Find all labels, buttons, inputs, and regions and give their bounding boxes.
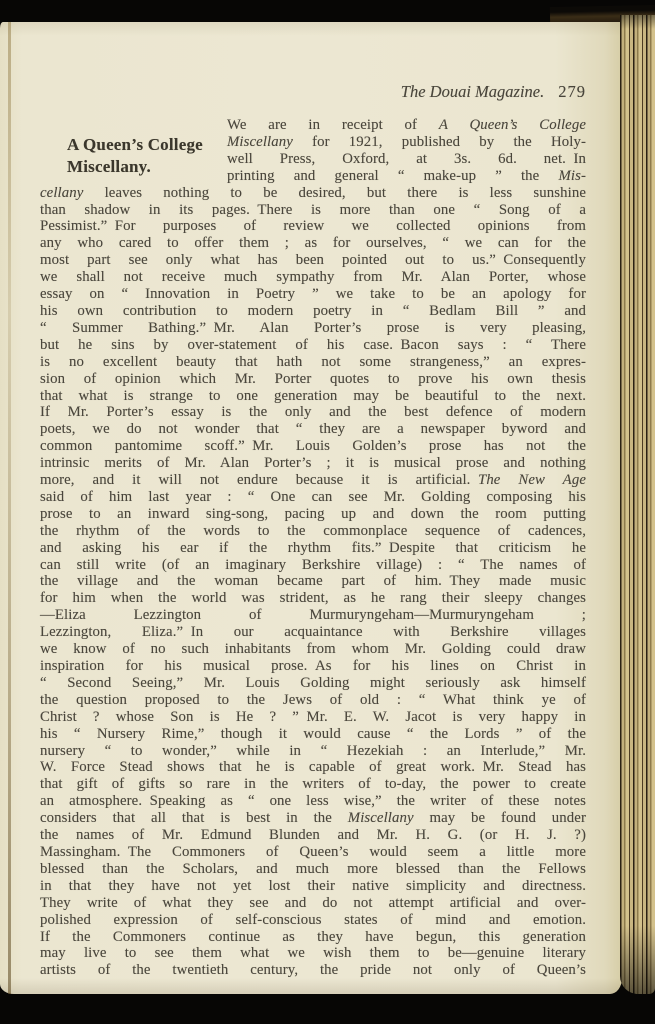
text-line: and asking his ear if the rhythm fits.” …: [40, 540, 586, 557]
text-segment: the names of Mr. Edmund Blunden and Mr. …: [40, 827, 586, 843]
text-segment: artists of the twentieth century, the pr…: [40, 962, 586, 978]
text-line: Massingham. The Commoners of Queen’s wou…: [40, 844, 586, 861]
text-line: his “ Nursery Rime,” though it would cau…: [40, 726, 586, 743]
text-segment: in that they have not yet lost their nat…: [40, 878, 586, 894]
text-line: his own contribution to modern poetry in…: [40, 303, 586, 320]
text-line: we shall not receive much sympathy from …: [40, 269, 586, 286]
text-segment: Christ ? whose Son is He ? ” Mr. E. W. J…: [40, 709, 586, 725]
text-segment: for 1921, published by the Holy-: [293, 134, 586, 150]
text-segment: nursery “ to wonder,” while in “ Hezekia…: [40, 743, 586, 759]
text-line: artists of the twentieth century, the pr…: [40, 962, 586, 979]
text-segment: printing and general “ make-up ” the: [227, 168, 558, 184]
text-line: “ Summer Bathing.” Mr. Alan Porter’s pro…: [40, 320, 586, 337]
text-segment: may be found under: [414, 810, 586, 826]
text-segment: Miscellany: [227, 134, 293, 150]
text-segment: blessed than the Scholars, and much more…: [40, 861, 586, 877]
text-segment: the rhythm of the words to the commonpla…: [40, 523, 586, 539]
text-line: polished expression of self-conscious st…: [40, 912, 586, 929]
text-segment: most part see only what has been pointed…: [40, 252, 586, 268]
text-line: “ Second Seeing,” Mr. Louis Golding migh…: [40, 675, 586, 692]
text-line: Miscellany for 1921, published by the Ho…: [227, 134, 586, 151]
text-segment: Massingham. The Commoners of Queen’s wou…: [40, 844, 586, 860]
page-gutter-crease: [8, 22, 11, 994]
text-line: we know of no such inhabitants from whom…: [40, 641, 586, 658]
text-segment: the question proposed to the Jews of old…: [40, 692, 586, 708]
text-segment: for him when the world was strident, as …: [40, 590, 586, 606]
text-line: that what is strange to one generation m…: [40, 388, 586, 405]
text-segment: that gift of gifts so rare in the writer…: [40, 776, 586, 792]
text-line: any who cared to offer them ; as for our…: [40, 235, 586, 252]
text-segment: “ Second Seeing,” Mr. Louis Golding migh…: [40, 675, 586, 691]
text-line: nursery “ to wonder,” while in “ Hezekia…: [40, 743, 586, 760]
text-segment: The New Age: [478, 472, 586, 488]
text-line: If the Commoners continue as they have b…: [40, 929, 586, 946]
text-segment: prose to an inward sing-song, pacing up …: [40, 506, 586, 522]
text-segment: can still write (of an imaginary Berkshi…: [40, 557, 586, 573]
text-segment: —Eliza Lezzington of Murmuryngeham—Murmu…: [40, 607, 586, 623]
text-segment: “ Summer Bathing.” Mr. Alan Porter’s pro…: [40, 320, 586, 336]
text-line: the question proposed to the Jews of old…: [40, 692, 586, 709]
text-segment: essay on “ Innovation in Poetry ” we tak…: [40, 286, 586, 302]
text-line: essay on “ Innovation in Poetry ” we tak…: [40, 286, 586, 303]
text-line: sion of opinion which Mr. Porter quotes …: [40, 371, 586, 388]
text-line: blessed than the Scholars, and much more…: [40, 861, 586, 878]
text-segment: polished expression of self-conscious st…: [40, 912, 586, 928]
text-segment: Mis-: [558, 168, 586, 184]
text-line: the names of Mr. Edmund Blunden and Mr. …: [40, 827, 586, 844]
text-segment: cellany: [40, 185, 83, 201]
text-line: most part see only what has been pointed…: [40, 252, 586, 269]
text-segment: We are in receipt of: [227, 117, 439, 133]
text-segment: well Press, Oxford, at 3s. 6d. net. In: [227, 151, 586, 167]
text-segment: Lezzington, Eliza.” In our acquaintance …: [40, 624, 586, 640]
text-line: in that they have not yet lost their nat…: [40, 878, 586, 895]
text-line: the rhythm of the words to the commonpla…: [40, 523, 586, 540]
text-line: intrinsic merits of Mr. Alan Porter’s ; …: [40, 455, 586, 472]
text-segment: common pantomime scoff.” Mr. Louis Golde…: [40, 438, 586, 454]
text-line: poets, we do not wonder that “ they are …: [40, 421, 586, 438]
text-line: well Press, Oxford, at 3s. 6d. net. In: [227, 151, 586, 168]
text-line: common pantomime scoff.” Mr. Louis Golde…: [40, 438, 586, 455]
text-line: —Eliza Lezzington of Murmuryngeham—Murmu…: [40, 607, 586, 624]
text-line: said of him last year : “ One can see Mr…: [40, 489, 586, 506]
text-line: We are in receipt of A Queen’s College: [227, 117, 586, 134]
article-body: We are in receipt of A Queen’s CollegeMi…: [40, 117, 586, 979]
journal-title: The Douai Magazine.: [401, 82, 544, 101]
text-line: for him when the world was strident, as …: [40, 590, 586, 607]
text-segment: considers that all that is best in the: [40, 810, 348, 826]
book-scan: The Douai Magazine.279 A Queen’s College…: [0, 0, 655, 1024]
text-line: inspiration for his musical prose. As fo…: [40, 658, 586, 675]
text-segment: Miscellany: [348, 810, 414, 826]
text-segment: inspiration for his musical prose. As fo…: [40, 658, 586, 674]
text-segment: the village and the woman became part of…: [40, 573, 586, 589]
text-line: can still write (of an imaginary Berkshi…: [40, 557, 586, 574]
page-edge-stack: [620, 15, 655, 994]
text-segment: and asking his ear if the rhythm fits.” …: [40, 540, 586, 556]
running-header: The Douai Magazine.279: [40, 82, 586, 102]
text-segment: any who cared to offer them ; as for our…: [40, 235, 586, 251]
book-page: The Douai Magazine.279 A Queen’s College…: [0, 22, 622, 994]
text-line: printing and general “ make-up ” the Mis…: [227, 168, 586, 185]
text-line: more, and it will not endure because it …: [40, 472, 586, 489]
text-segment: an atmosphere. Speaking as “ one less wi…: [40, 793, 586, 809]
text-line: than shadow in its pages. There is more …: [40, 202, 586, 219]
text-line: If Mr. Porter’s essay is the only and th…: [40, 404, 586, 421]
text-line: They write of what they see and do not a…: [40, 895, 586, 912]
text-line: is no excellent beauty that hath not som…: [40, 354, 586, 371]
text-line: the village and the woman became part of…: [40, 573, 586, 590]
text-segment: we know of no such inhabitants from whom…: [40, 641, 586, 657]
text-line: may live to see them what we wish them t…: [40, 945, 586, 962]
text-segment: poets, we do not wonder that “ they are …: [40, 421, 586, 437]
text-line: Lezzington, Eliza.” In our acquaintance …: [40, 624, 586, 641]
text-line: cellany leaves nothing to be desired, bu…: [40, 185, 586, 202]
text-segment: is no excellent beauty that hath not som…: [40, 354, 586, 370]
text-line: Pessimist.” For purposes of review we co…: [40, 218, 586, 235]
text-segment: If Mr. Porter’s essay is the only and th…: [40, 404, 586, 420]
text-segment: more, and it will not endure because it …: [40, 472, 478, 488]
text-line: Christ ? whose Son is He ? ” Mr. E. W. J…: [40, 709, 586, 726]
text-line: prose to an inward sing-song, pacing up …: [40, 506, 586, 523]
text-segment: said of him last year : “ One can see Mr…: [40, 489, 586, 505]
text-segment: his “ Nursery Rime,” though it would cau…: [40, 726, 586, 742]
text-segment: If the Commoners continue as they have b…: [40, 929, 586, 945]
text-segment: intrinsic merits of Mr. Alan Porter’s ; …: [40, 455, 586, 471]
text-line: an atmosphere. Speaking as “ one less wi…: [40, 793, 586, 810]
text-segment: Pessimist.” For purposes of review we co…: [40, 218, 586, 234]
text-line: W. Force Stead shows that he is capable …: [40, 759, 586, 776]
text-segment: W. Force Stead shows that he is capable …: [40, 759, 586, 775]
text-segment: than shadow in its pages. There is more …: [40, 202, 586, 218]
text-line: but he sins by over-statement of his cas…: [40, 337, 586, 354]
text-line: considers that all that is best in the M…: [40, 810, 586, 827]
text-segment: may live to see them what we wish them t…: [40, 945, 586, 961]
text-segment: They write of what they see and do not a…: [40, 895, 586, 911]
text-segment: but he sins by over-statement of his cas…: [40, 337, 586, 353]
page-number: 279: [558, 82, 586, 101]
text-segment: A Queen’s College: [439, 117, 586, 133]
text-segment: we shall not receive much sympathy from …: [40, 269, 586, 285]
text-line: that gift of gifts so rare in the writer…: [40, 776, 586, 793]
text-segment: his own contribution to modern poetry in…: [40, 303, 586, 319]
text-segment: sion of opinion which Mr. Porter quotes …: [40, 371, 586, 387]
text-segment: that what is strange to one generation m…: [40, 388, 586, 404]
text-segment: leaves nothing to be desired, but there …: [83, 185, 586, 201]
